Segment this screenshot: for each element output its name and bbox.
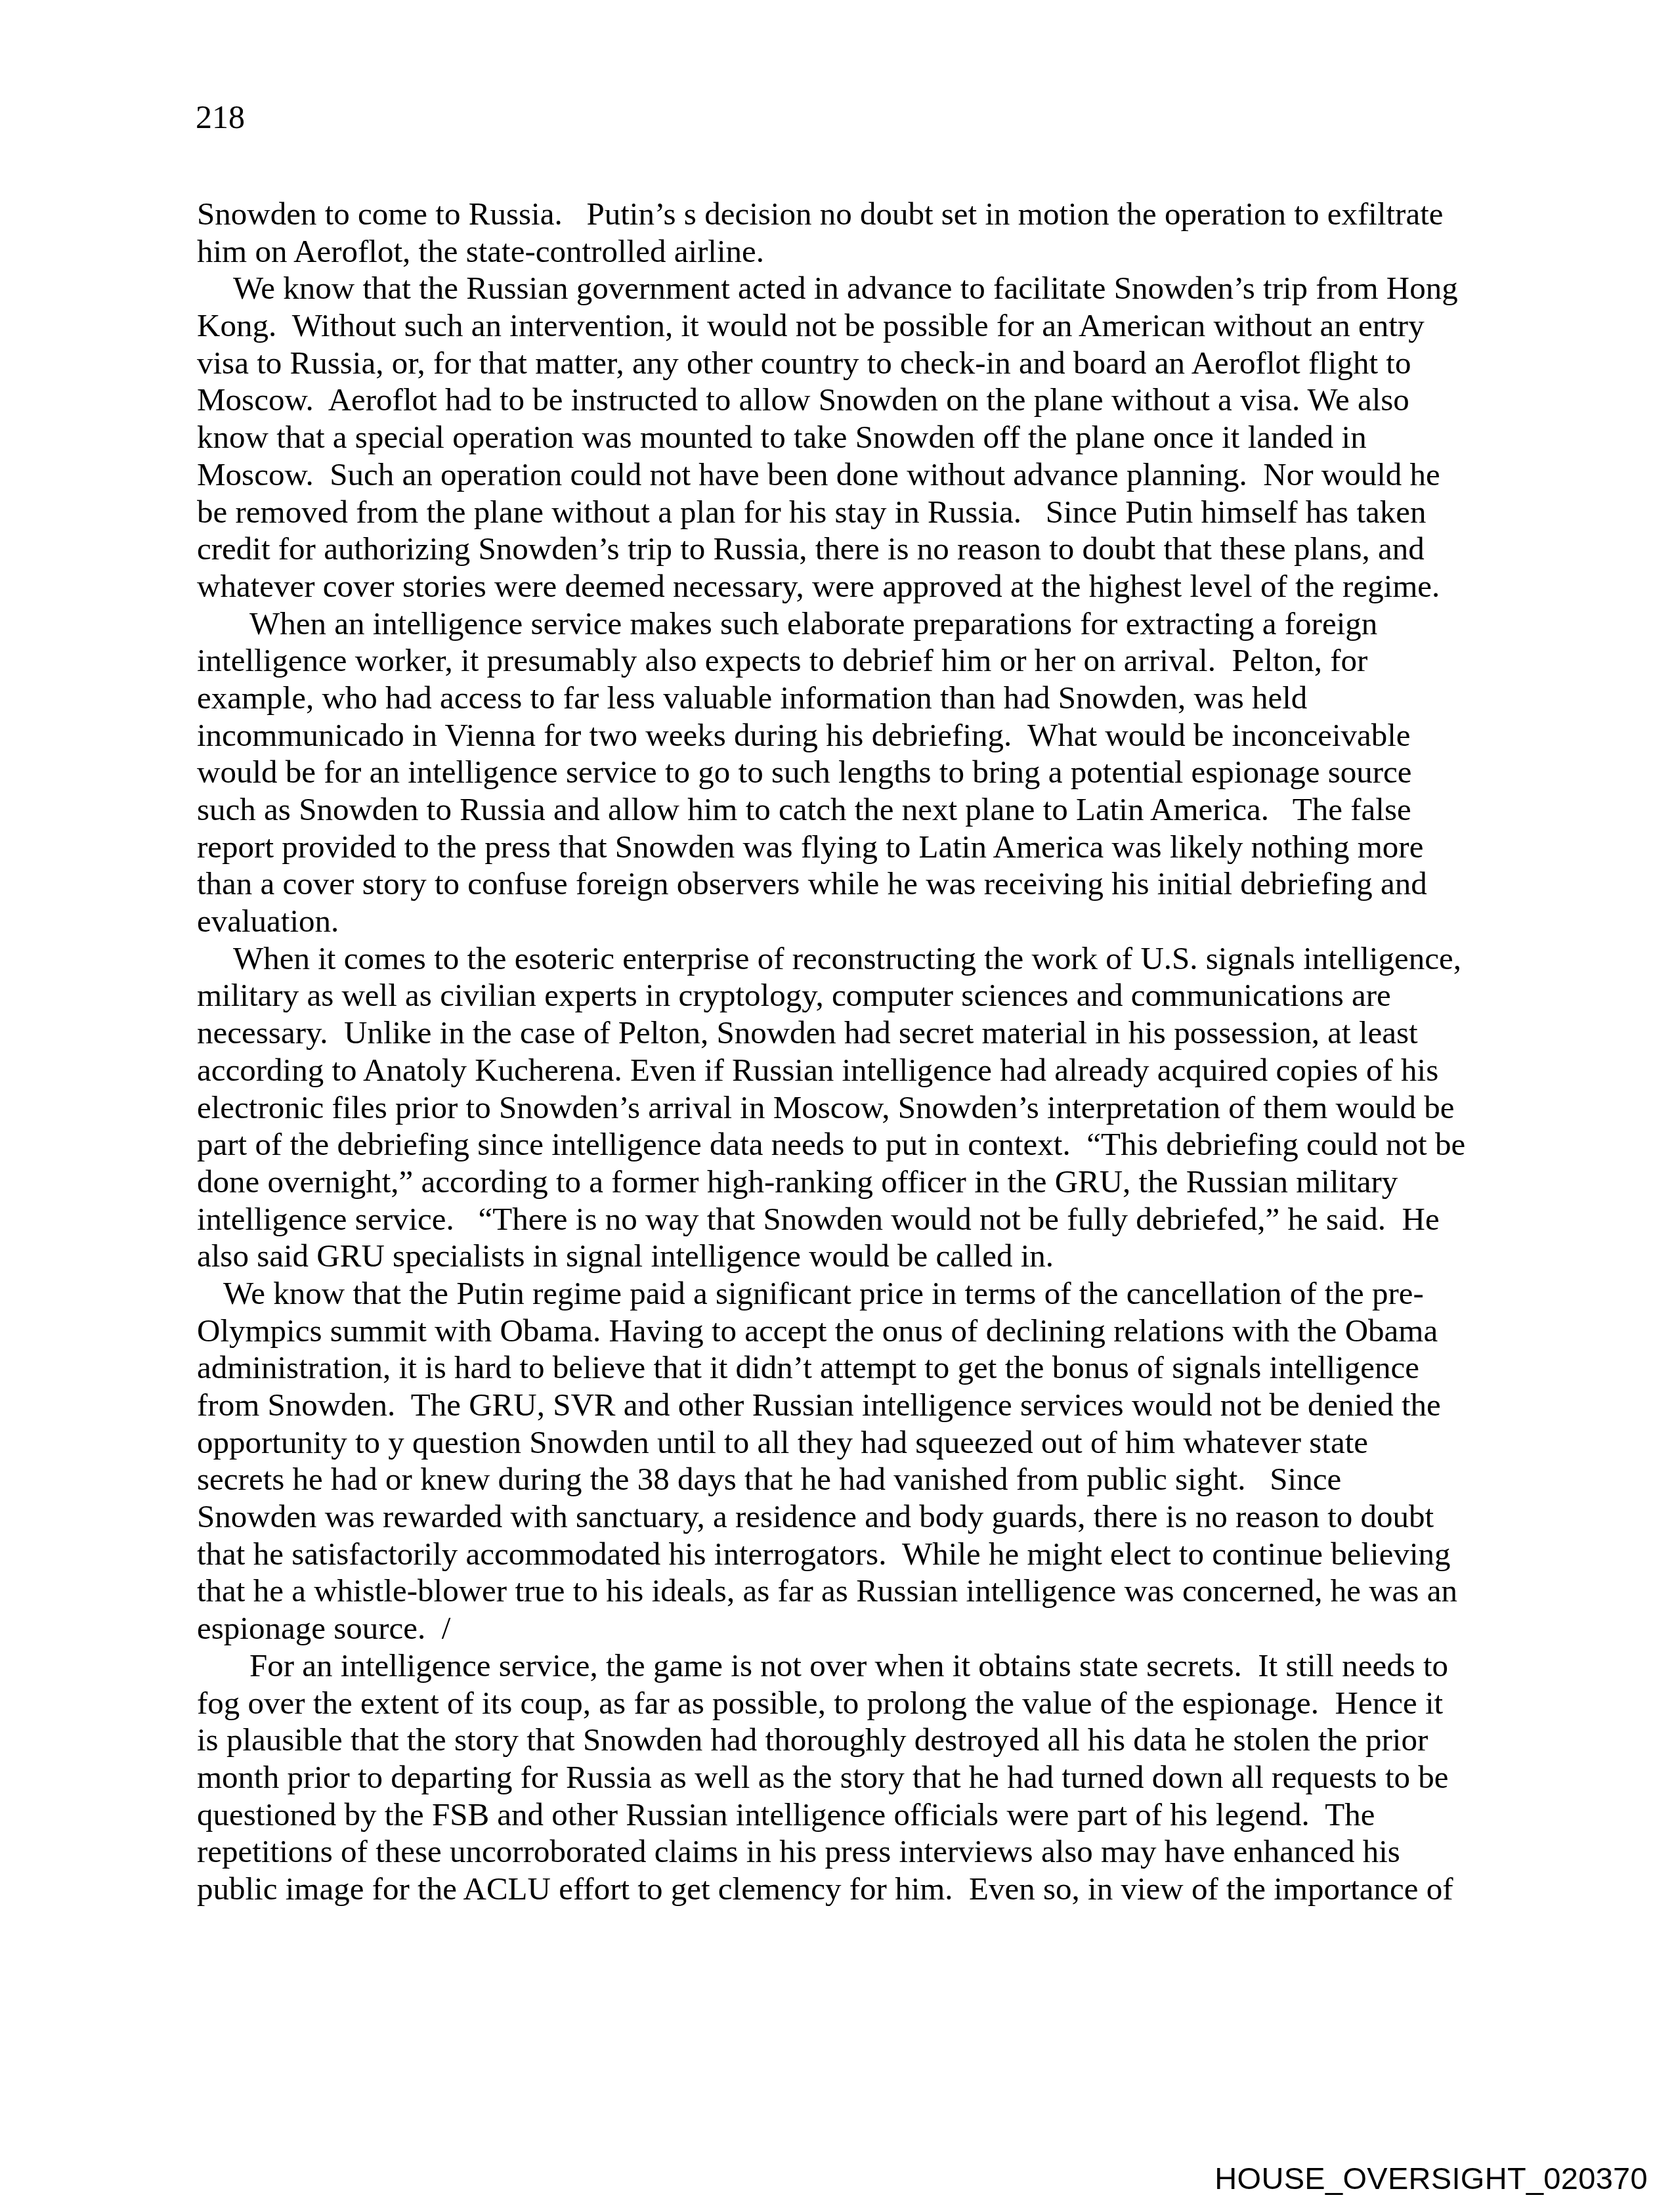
text-line: Moscow. Aeroflot had to be instructed to… (197, 381, 1510, 419)
text-line: administration, it is hard to believe th… (197, 1349, 1510, 1387)
text-line: Snowden was rewarded with sanctuary, a r… (197, 1498, 1510, 1536)
text-line: done overnight,” according to a former h… (197, 1163, 1510, 1201)
text-line: military as well as civilian experts in … (197, 977, 1510, 1014)
text-line: month prior to departing for Russia as w… (197, 1759, 1510, 1796)
text-line: Olympics summit with Obama. Having to ac… (197, 1312, 1510, 1350)
text-line: that he a whistle-blower true to his ide… (197, 1572, 1510, 1610)
text-line: according to Anatoly Kucherena. Even if … (197, 1052, 1510, 1089)
text-line: also said GRU specialists in signal inte… (197, 1238, 1510, 1275)
text-line: visa to Russia, or, for that matter, any… (197, 345, 1510, 382)
text-line: such as Snowden to Russia and allow him … (197, 791, 1510, 829)
paragraph-3: When an intelligence service makes such … (197, 605, 1510, 940)
text-line: than a cover story to confuse foreign ob… (197, 865, 1510, 903)
text-line: public image for the ACLU effort to get … (197, 1871, 1510, 1908)
text-line: espionage source. / (197, 1610, 1510, 1647)
body-text: Snowden to come to Russia. Putin’s s dec… (197, 196, 1510, 1908)
text-line: fog over the extent of its coup, as far … (197, 1685, 1510, 1722)
text-line: We know that the Putin regime paid a sig… (197, 1275, 1510, 1312)
text-line: electronic files prior to Snowden’s arri… (197, 1089, 1510, 1127)
text-line: incommunicado in Vienna for two weeks du… (197, 717, 1510, 754)
text-line: When it comes to the esoteric enterprise… (197, 940, 1510, 978)
paragraph-6: For an intelligence service, the game is… (197, 1647, 1510, 1908)
paragraph-5: We know that the Putin regime paid a sig… (197, 1275, 1510, 1647)
text-line: is plausible that the story that Snowden… (197, 1722, 1510, 1759)
text-line: evaluation. (197, 903, 1510, 940)
paragraph-2: We know that the Russian government acte… (197, 270, 1510, 605)
paragraph-4: When it comes to the esoteric enterprise… (197, 940, 1510, 1275)
text-line: be removed from the plane without a plan… (197, 494, 1510, 531)
text-line: Kong. Without such an intervention, it w… (197, 307, 1510, 345)
text-line: credit for authorizing Snowden’s trip to… (197, 531, 1510, 568)
text-line: questioned by the FSB and other Russian … (197, 1796, 1510, 1834)
text-line: secrets he had or knew during the 38 day… (197, 1461, 1510, 1498)
text-line: know that a special operation was mounte… (197, 419, 1510, 456)
bates-stamp: HOUSE_OVERSIGHT_020370 (1214, 2160, 1648, 2197)
text-line: that he satisfactorily accommodated his … (197, 1536, 1510, 1573)
paragraph-1: Snowden to come to Russia. Putin’s s dec… (197, 196, 1510, 270)
text-line: intelligence worker, it presumably also … (197, 642, 1510, 680)
text-line: repetitions of these uncorroborated clai… (197, 1833, 1510, 1871)
text-line: For an intelligence service, the game is… (197, 1647, 1510, 1685)
page-number: 218 (196, 98, 245, 135)
text-line: When an intelligence service makes such … (197, 605, 1510, 643)
text-line: from Snowden. The GRU, SVR and other Rus… (197, 1387, 1510, 1424)
text-line: Moscow. Such an operation could not have… (197, 456, 1510, 494)
text-line: part of the debriefing since intelligenc… (197, 1126, 1510, 1163)
text-line: intelligence service. “There is no way t… (197, 1201, 1510, 1238)
text-line: necessary. Unlike in the case of Pelton,… (197, 1014, 1510, 1052)
text-line: We know that the Russian government acte… (197, 270, 1510, 307)
text-line: him on Aeroflot, the state-controlled ai… (197, 233, 1510, 271)
text-line: report provided to the press that Snowde… (197, 829, 1510, 866)
text-line: whatever cover stories were deemed neces… (197, 568, 1510, 605)
document-page: 218 Snowden to come to Russia. Putin’s s… (0, 0, 1674, 2212)
text-line: would be for an intelligence service to … (197, 754, 1510, 791)
text-line: example, who had access to far less valu… (197, 680, 1510, 717)
text-line: opportunity to y question Snowden until … (197, 1424, 1510, 1462)
text-line: Snowden to come to Russia. Putin’s s dec… (197, 196, 1510, 233)
